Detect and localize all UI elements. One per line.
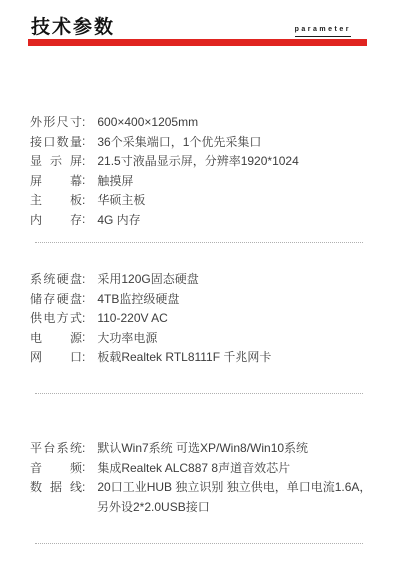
spec-colon: : — [82, 173, 85, 187]
spec-row-network: 网口: 板载Realtek RTL8111F 千兆网卡 — [30, 347, 373, 367]
spec-label: 外形尺寸 — [30, 113, 82, 130]
spec-value: 华硕主板 — [97, 191, 145, 208]
spec-value: 大功率电源 — [97, 329, 157, 346]
spec-row-power: 电源: 大功率电源 — [30, 328, 373, 348]
section-divider — [35, 242, 363, 243]
spec-value: 默认Win7系统 可选XP/Win8/Win10系统 — [97, 439, 308, 456]
spec-row-storage-disk: 储存硬盘: 4TB监控级硬盘 — [30, 289, 373, 309]
spec-section-storage-power: 系统硬盘: 采用120G固态硬盘 储存硬盘: 4TB监控级硬盘 供电方式: 11… — [30, 269, 373, 367]
spec-row-ports: 接口数量: 36个采集端口，1个优先采集口 — [30, 132, 373, 152]
spec-row-screen: 屏幕: 触摸屏 — [30, 171, 373, 191]
spec-colon: : — [82, 115, 85, 129]
spec-colon: : — [82, 460, 85, 474]
spec-row-display: 显示屏: 21.5寸液晶显示屏，分辨率1920*1024 — [30, 151, 373, 171]
spec-section-hardware-overview: 外形尺寸: 600×400×1205mm 接口数量: 36个采集端口，1个优先采… — [30, 112, 373, 229]
spec-label: 供电方式 — [30, 309, 82, 326]
spec-value: 集成Realtek ALC887 8声道音效芯片 — [97, 459, 290, 476]
page-title: 技术参数 — [31, 17, 115, 39]
spec-colon: : — [82, 441, 85, 455]
spec-row-memory: 内存: 4G 内存 — [30, 210, 373, 230]
spec-colon: : — [82, 212, 85, 226]
spec-label: 平台系统 — [30, 439, 82, 456]
spec-row-data-cable: 数据线: 20口工业HUB 独立识别 独立供电，单口电流1.6A， — [30, 477, 373, 497]
spec-label: 显示屏 — [30, 152, 82, 169]
spec-label: 屏幕 — [30, 172, 82, 189]
spec-label: 主板 — [30, 191, 82, 208]
spec-colon: : — [82, 311, 85, 325]
spec-colon: : — [82, 134, 85, 148]
spec-label: 音频 — [30, 459, 82, 476]
spec-label: 储存硬盘 — [30, 290, 82, 307]
spec-value: 21.5寸液晶显示屏，分辨率1920*1024 — [97, 152, 298, 169]
spec-colon: : — [82, 480, 85, 494]
section-divider — [35, 393, 363, 394]
spec-value: 4G 内存 — [97, 211, 140, 228]
spec-label: 内存 — [30, 211, 82, 228]
accent-underline-bar — [28, 39, 367, 46]
spec-label: 网口 — [30, 348, 82, 365]
page-subtitle: parameter — [295, 26, 351, 37]
spec-value: 36个采集端口，1个优先采集口 — [97, 133, 261, 150]
spec-colon: : — [82, 350, 85, 364]
spec-value: 板载Realtek RTL8111F 千兆网卡 — [97, 348, 271, 365]
spec-row-system-disk: 系统硬盘: 采用120G固态硬盘 — [30, 269, 373, 289]
spec-row-dimensions: 外形尺寸: 600×400×1205mm — [30, 112, 373, 132]
spec-sheet-page: 技术参数 parameter 外形尺寸: 600×400×1205mm 接口数量… — [0, 0, 403, 568]
spec-colon: : — [82, 272, 85, 286]
spec-value: 110-220V AC — [97, 311, 168, 325]
spec-label: 接口数量 — [30, 133, 82, 150]
spec-label: 系统硬盘 — [30, 270, 82, 287]
spec-value-continued: 另外设2*2.0USB接口 — [97, 498, 210, 515]
spec-row-audio: 音频: 集成Realtek ALC887 8声道音效芯片 — [30, 458, 373, 478]
spec-row-data-cable-continued: 另外设2*2.0USB接口 — [30, 497, 373, 517]
spec-value: 600×400×1205mm — [97, 115, 198, 129]
spec-value: 4TB监控级硬盘 — [97, 290, 179, 307]
spec-label: 数据线 — [30, 478, 82, 495]
spec-label: 电源 — [30, 329, 82, 346]
spec-value: 采用120G固态硬盘 — [97, 270, 198, 287]
spec-row-motherboard: 主板: 华硕主板 — [30, 190, 373, 210]
spec-value: 20口工业HUB 独立识别 独立供电，单口电流1.6A， — [97, 478, 371, 495]
spec-colon: : — [82, 193, 85, 207]
section-divider — [35, 543, 363, 544]
spec-value: 触摸屏 — [97, 172, 133, 189]
spec-colon: : — [82, 154, 85, 168]
spec-row-os: 平台系统: 默认Win7系统 可选XP/Win8/Win10系统 — [30, 438, 373, 458]
spec-row-power-supply-mode: 供电方式: 110-220V AC — [30, 308, 373, 328]
spec-colon: : — [82, 330, 85, 344]
spec-section-software-io: 平台系统: 默认Win7系统 可选XP/Win8/Win10系统 音频: 集成R… — [30, 438, 373, 516]
spec-colon: : — [82, 291, 85, 305]
